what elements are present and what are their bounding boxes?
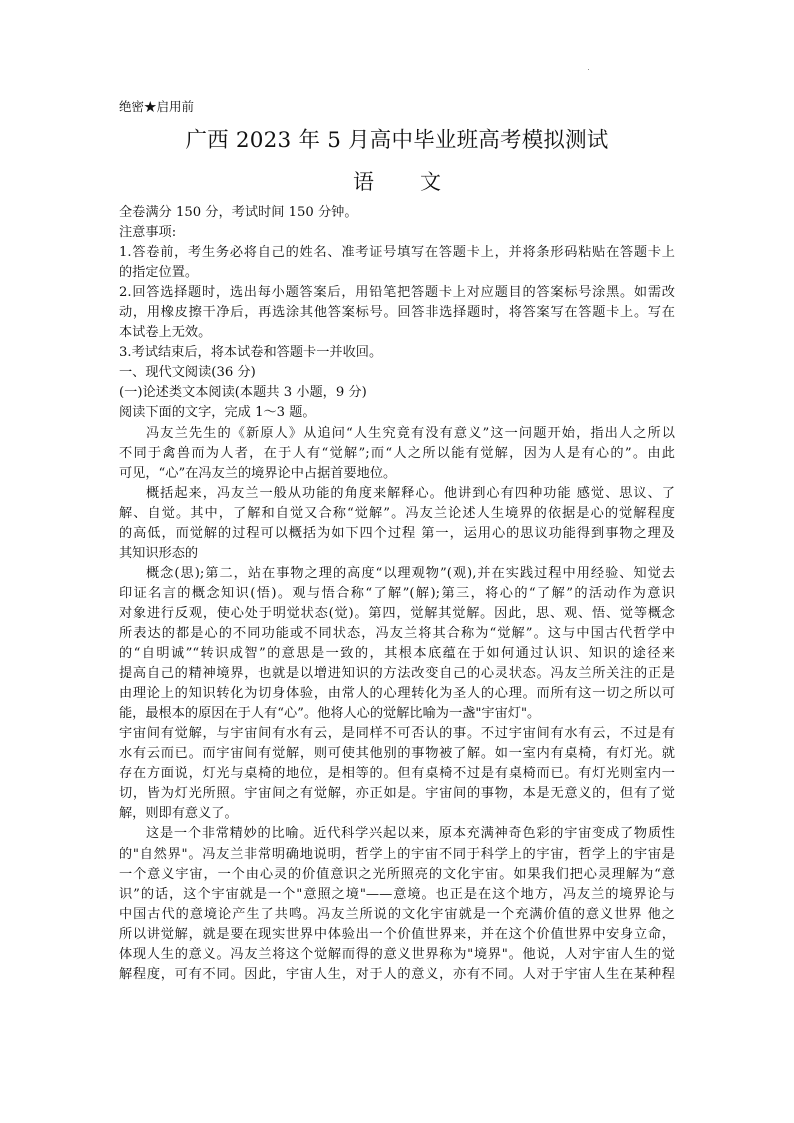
- text-line: 解程度，可有不同。因此，宇宙人生，对于人的意义，亦有不同。人对于宇宙人生在某种程: [119, 965, 675, 985]
- text-line: 1.答卷前，考生务必将自己的姓名、准考证号填写在答题卡上，并将条形码粘贴在答题卡…: [119, 243, 675, 263]
- text-line: (一)论述类文本阅读(本题共 3 小题，9 分): [119, 383, 675, 403]
- text-line: 的指定位置。: [119, 263, 675, 283]
- text-line: 注意事项:: [119, 223, 675, 243]
- text-line: 体现人生的意义。冯友兰将这个觉解而得的意义世界称为"境界"。他说，人对宇宙人生的…: [119, 945, 675, 965]
- confidential-label: 绝密★启用前: [119, 99, 194, 115]
- subject-char-1: 语: [353, 168, 374, 196]
- text-line: 这是一个非常精妙的比喻。近代科学兴起以来，原本充满神奇色彩的宇宙变成了物质性: [119, 824, 675, 844]
- text-line: 冯友兰先生的《新原人》从追问“人生究竟有没有意义”这一问题开始，指出人之所以: [119, 424, 675, 444]
- text-line: 本试卷上无效。: [119, 323, 675, 343]
- text-line: 2.回答选择题时，选出每小题答案后，用铅笔把答题卡上对应题目的答案标号涂黑。如需…: [119, 283, 675, 303]
- text-line: 的“自明诚”“转识成智”的意思是一致的，其根本底蕴在于如何通过认识、知识的途径来: [119, 644, 675, 664]
- text-line: 解、自觉。其中，了解和自觉又合称“觉解”。冯友兰论述人生境界的依据是心的觉解程度: [119, 504, 675, 524]
- text-line: 的"自然界"。冯友兰非常明确地说明，哲学上的宇宙不同于科学上的宇宙，哲学上的宇宙…: [119, 845, 675, 865]
- subject-title: 语文: [119, 168, 675, 196]
- text-line: 对象进行反观，使心处于明觉状态(觉)。第四，觉解其觉解。因此，思、观、悟、觉等概…: [119, 604, 675, 624]
- text-line: 的高低，而觉解的过程可以概括为如下四个过程 第一，运用心的思议功能得到事物之理及: [119, 524, 675, 544]
- text-line: 一、现代文阅读(36 分): [119, 363, 675, 383]
- text-line: 由理论上的知识转化为切身体验，由常人的心理转化为圣人的心理。而所有这一切之所以可: [119, 684, 675, 704]
- text-line: 全卷满分 150 分，考试时间 150 分钟。: [119, 203, 675, 223]
- text-line: 存在方面说，灯光与桌椅的地位，是相等的。但有桌椅不过是有桌椅而已。有灯光则室内一: [119, 764, 675, 784]
- text-line: 所表达的都是心的不同功能或不同状态，冯友兰将其合称为“觉解”。这与中国古代哲学中: [119, 624, 675, 644]
- text-line: 水有云而已。而宇宙间有觉解，则可使其他别的事物被了解。如一室内有桌椅，有灯光。就: [119, 744, 675, 764]
- exam-title: 广西 2023 年 5 月高中毕业班高考模拟测试: [119, 127, 675, 155]
- text-line: 其知识形态的: [119, 544, 675, 564]
- text-line: 概念(思);第二，站在事物之理的高度“以理观物”(观),并在实践过程中用经验、知…: [119, 564, 675, 584]
- text-line: 解，则即有意义了。: [119, 804, 675, 824]
- text-line: 所以讲觉解，就是要在现实世界中体验出一个价值世界来，并在这个价值世界中安身立命，: [119, 925, 675, 945]
- text-line: 不同于禽兽而为人者，在于人有“觉解”;而“人之所以能有觉解，因为人是有心的”。由…: [119, 444, 675, 464]
- text-line: 切，皆为灯光所照。宇宙间之有觉解，亦正如是。宇宙间的事物，本是无意义的，但有了觉: [119, 784, 675, 804]
- subject-char-2: 文: [420, 168, 441, 196]
- text-line: 可见，“心”在冯友兰的境界论中占据首要地位。: [119, 464, 675, 484]
- text-line: 识”的话，这个宇宙就是一个"意照之境"——意境。也正是在这个地方，冯友兰的境界论…: [119, 885, 675, 905]
- text-line: 提高自己的精神境界，也就是以增进知识的方法改变自己的心灵状态。冯友兰所关注的正是: [119, 664, 675, 684]
- text-line: 印证名言的概念知识(悟)。观与悟合称“了解”(解);第三，将心的“了解”的活动作…: [119, 584, 675, 604]
- text-line: 宇宙间有觉解，与宇宙间有水有云，是同样不可否认的事。不过宇宙间有水有云，不过是有: [119, 724, 675, 744]
- text-line: 能，最根本的原因在于人有“心”。他将人心的觉解比喻为一盏"宇宙灯"。: [119, 704, 675, 724]
- text-line: 阅读下面的文字，完成 1～3 题。: [119, 403, 675, 423]
- exam-body: 全卷满分 150 分，考试时间 150 分钟。注意事项:1.答卷前，考生务必将自…: [119, 203, 675, 985]
- text-line: 一个意义宇宙，一个由心灵的价值意识之光所照亮的文化宇宙。如果我们把心灵理解为“意: [119, 865, 675, 885]
- stray-mark: [588, 69, 589, 70]
- text-line: 中国古代的意境论产生了共鸣。冯友兰所说的文化宇宙就是一个充满价值的意义世界 他之: [119, 905, 675, 925]
- text-line: 概括起来，冯友兰一般从功能的角度来解释心。他讲到心有四种功能 感觉、思议、了: [119, 484, 675, 504]
- exam-page: 绝密★启用前 广西 2023 年 5 月高中毕业班高考模拟测试 语文 全卷满分 …: [0, 0, 794, 1123]
- text-line: 动，用橡皮擦干净后，再选涂其他答案标号。回答非选择题时，将答案写在答题卡上。写在: [119, 303, 675, 323]
- text-line: 3.考试结束后，将本试卷和答题卡一并收回。: [119, 343, 675, 363]
